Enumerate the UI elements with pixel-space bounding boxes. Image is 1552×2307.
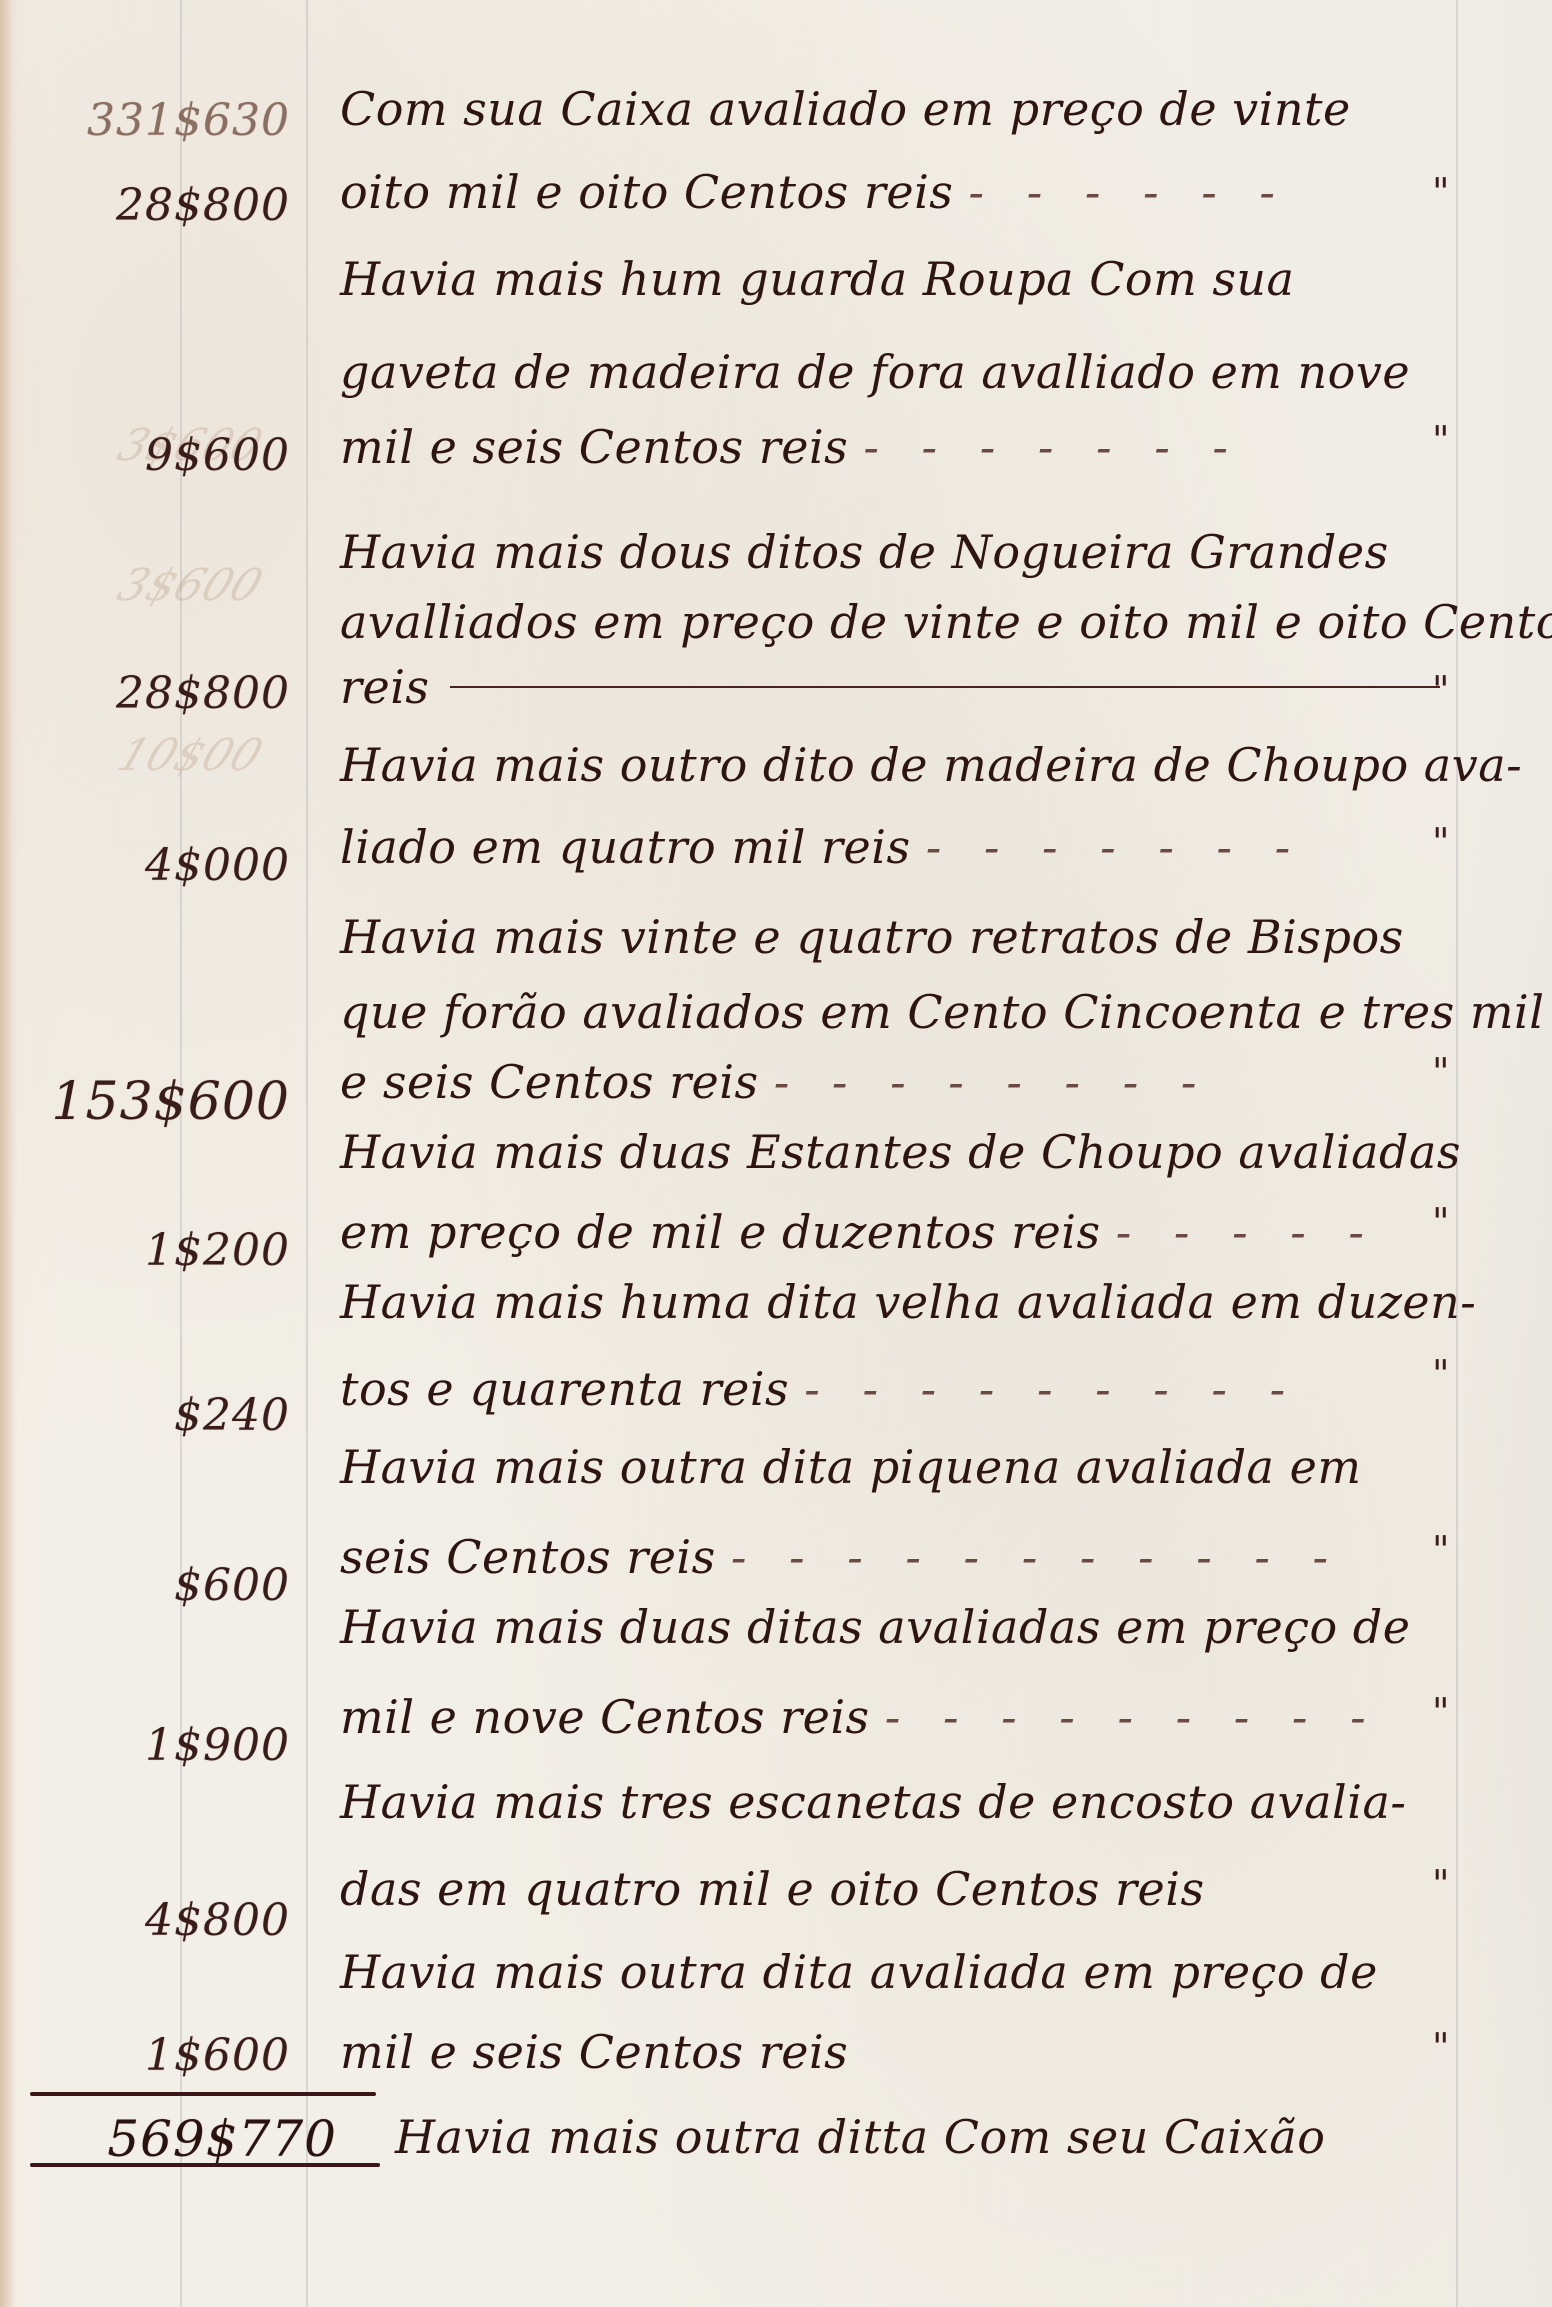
- entry-line: mil e seis Centos reis: [340, 2025, 848, 2079]
- entry-line: Com sua Caixa avaliado em preço de vinte: [340, 82, 1351, 136]
- entry-line: em preço de mil e duzentos reis - - - - …: [340, 1205, 1378, 1259]
- entry-line: reis: [340, 660, 430, 714]
- fill-line: [450, 686, 1440, 688]
- total-amount: 569$770: [107, 2110, 337, 2168]
- entry-amount: 1$200: [145, 1225, 290, 1276]
- entry-line: Havia mais duas ditas avaliadas em preço…: [340, 1600, 1410, 1654]
- entry-amount: 1$900: [145, 1720, 290, 1771]
- entry-line: gaveta de madeira de fora avalliado em n…: [340, 345, 1410, 399]
- page-edge: [0, 0, 14, 2307]
- entry-amount: 9$600: [145, 430, 290, 481]
- entry-amount: $240: [174, 1390, 290, 1441]
- ditto-mark: ": [1432, 170, 1449, 214]
- ledger-page: 3$600 3$600 10$00 331$630 Com sua Caixa …: [0, 0, 1552, 2307]
- ditto-mark: ": [1432, 668, 1449, 712]
- margin-rule: [180, 0, 182, 2307]
- entry-line: Havia mais dous ditos de Nogueira Grande…: [340, 525, 1389, 579]
- entry-amount: 28$800: [116, 668, 290, 719]
- entry-line: Havia mais duas Estantes de Choupo avali…: [340, 1125, 1461, 1179]
- entry-amount: $600: [174, 1560, 290, 1611]
- entry-amount: 1$600: [145, 2030, 290, 2081]
- ditto-mark: ": [1432, 1528, 1449, 1572]
- ditto-mark: ": [1432, 820, 1449, 864]
- entry-line: oito mil e oito Centos reis - - - - - -: [340, 165, 1289, 219]
- entry-line: Havia mais hum guarda Roupa Com sua: [340, 252, 1294, 306]
- entry-line: Havia mais tres escanetas de encosto ava…: [340, 1775, 1406, 1829]
- carried-amount: 331$630: [87, 95, 290, 146]
- entry-line: seis Centos reis - - - - - - - - - - -: [340, 1530, 1342, 1584]
- ditto-mark: ": [1432, 1862, 1449, 1906]
- ditto-mark: ": [1432, 1050, 1449, 1094]
- entry-line: Havia mais outro dito de madeira de Chou…: [340, 738, 1522, 792]
- entry-line: mil e nove Centos reis - - - - - - - - -: [340, 1690, 1380, 1744]
- entry-line: das em quatro mil e oito Centos reis: [340, 1862, 1205, 1916]
- entry-amount: 4$800: [145, 1895, 290, 1946]
- entry-line: Havia mais vinte e quatro retratos de Bi…: [340, 910, 1404, 964]
- ink-bleed: 3$600: [111, 560, 270, 611]
- margin-rule: [306, 0, 308, 2307]
- entry-amount: 4$000: [145, 840, 290, 891]
- total-rule-bottom: [30, 2163, 380, 2167]
- ditto-mark: ": [1432, 1352, 1449, 1396]
- entry-amount: 153$600: [51, 1072, 290, 1132]
- entry-line: tos e quarenta reis - - - - - - - - -: [340, 1362, 1299, 1416]
- ink-bleed: 10$00: [111, 730, 270, 781]
- ditto-mark: ": [1432, 1690, 1449, 1734]
- entry-line: liado em quatro mil reis - - - - - - -: [340, 820, 1304, 874]
- entry-line: Havia mais huma dita velha avaliada em d…: [340, 1275, 1476, 1329]
- ditto-mark: ": [1432, 1200, 1449, 1244]
- entry-amount: 28$800: [116, 180, 290, 231]
- continuation-line: Havia mais outra ditta Com seu Caixão: [395, 2110, 1325, 2164]
- entry-line: Havia mais outra dita avaliada em preço …: [340, 1945, 1378, 1999]
- entry-line: avalliados em preço de vinte e oito mil …: [340, 595, 1552, 649]
- entry-line: mil e seis Centos reis - - - - - - -: [340, 420, 1242, 474]
- entry-line: que forão avaliados em Cento Cincoenta e…: [340, 985, 1544, 1039]
- ditto-mark: ": [1432, 418, 1449, 462]
- entry-line: e seis Centos reis - - - - - - - -: [340, 1055, 1210, 1109]
- ditto-mark: ": [1432, 2025, 1449, 2069]
- total-rule-top: [30, 2092, 376, 2096]
- entry-line: Havia mais outra dita piquena avaliada e…: [340, 1440, 1361, 1494]
